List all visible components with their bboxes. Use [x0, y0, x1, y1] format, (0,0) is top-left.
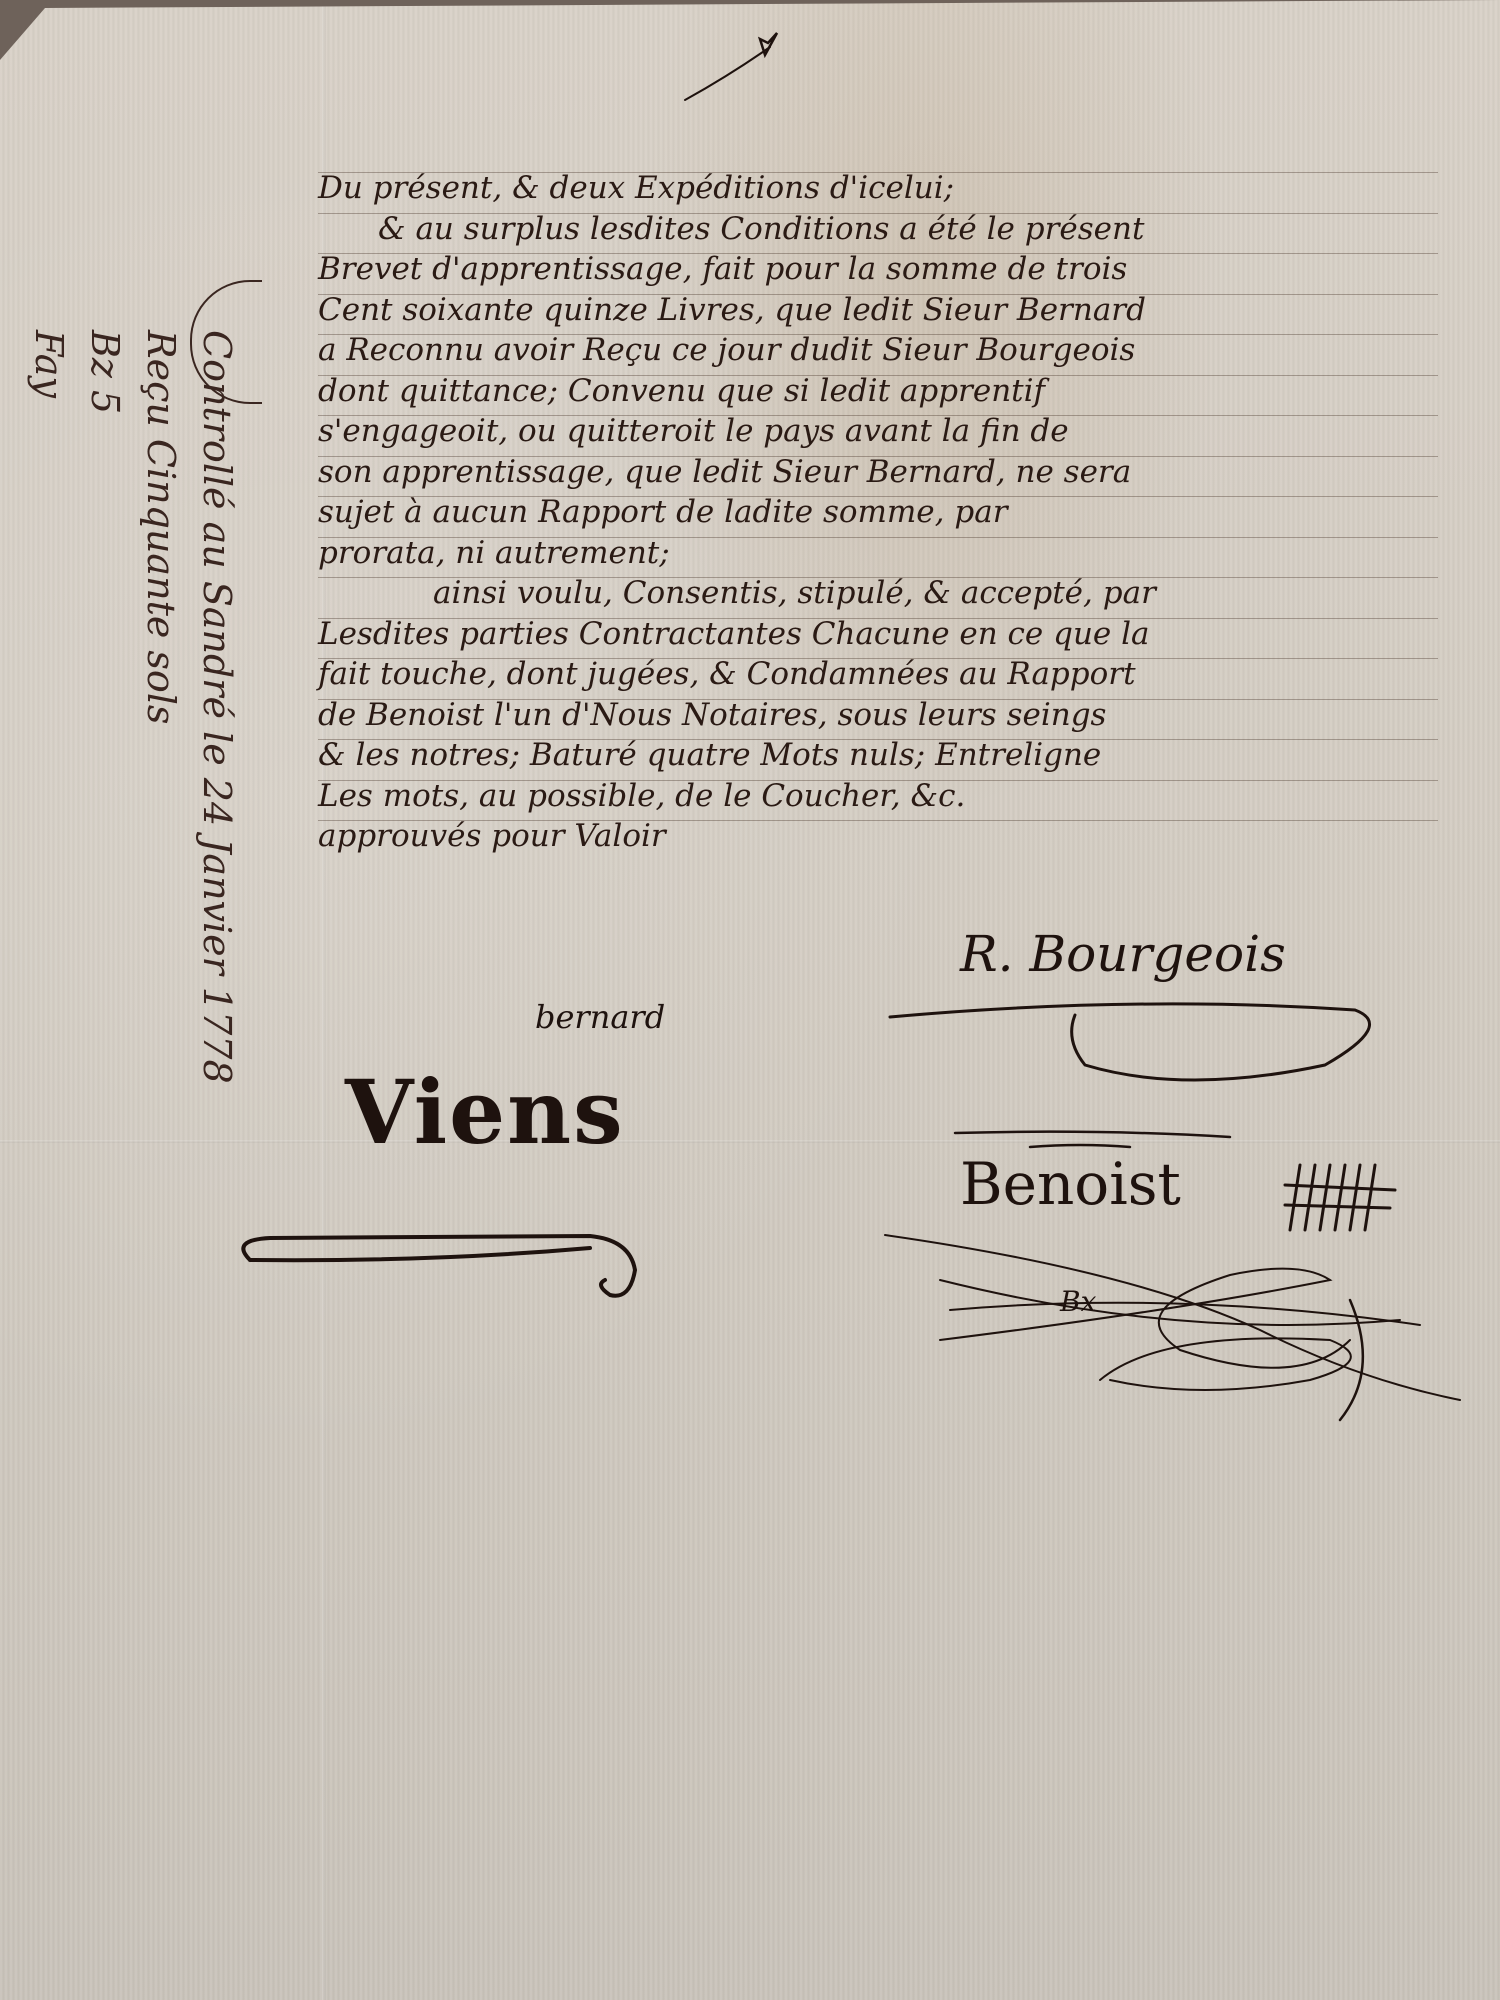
body-line: Les mots, au possible, de le Coucher, &c…	[318, 776, 1468, 817]
body-line: & les notres; Baturé quatre Mots nuls; E…	[318, 735, 1468, 776]
margin-registration-note: Controllé au Sandré le 24 Janvier 1778 R…	[21, 330, 245, 1084]
body-line: & au surplus lesdites Conditions a été l…	[318, 209, 1468, 250]
margin-note-line: Reçu Cinquante sols	[133, 330, 189, 1084]
body-line: Du présent, & deux Expéditions d'icelui;	[318, 168, 1468, 209]
margin-note-initial: Fay	[21, 330, 77, 1084]
body-line: de Benoist l'un d'Nous Notaires, sous le…	[318, 695, 1468, 736]
signature-bernard: bernard	[535, 998, 665, 1036]
signature-viens: Viens	[345, 1060, 625, 1164]
signature-benoist: Benoist	[960, 1150, 1181, 1218]
body-line: s'engageoit, ou quitteroit le pays avant…	[318, 411, 1468, 452]
body-line: Cent soixante quinze Livres, que ledit S…	[318, 290, 1468, 331]
signature-benoist-paraph	[880, 1230, 1480, 1430]
body-line: Lesdites parties Contractantes Chacune e…	[318, 614, 1468, 655]
body-line: a Reconnu avoir Reçu ce jour dudit Sieur…	[318, 330, 1468, 371]
body-line: prorata, ni autrement;	[318, 533, 1468, 574]
body-line: sujet à aucun Rapport de ladite somme, p…	[318, 492, 1468, 533]
margin-note-line: Controllé au Sandré le 24 Janvier 1778	[189, 330, 245, 1084]
top-arrow-flourish-icon	[680, 25, 800, 105]
body-line: Brevet d'apprentissage, fait pour la som…	[318, 249, 1468, 290]
paper-fold-horizontal	[0, 1140, 1500, 1143]
body-line: son apprentissage, que ledit Sieur Berna…	[318, 452, 1468, 493]
signature-benoist-crossout	[1280, 1160, 1400, 1240]
body-line: approuvés pour Valoir	[318, 816, 1468, 857]
signature-bourgeois: R. Bourgeois	[960, 925, 1286, 983]
document-page: Controllé au Sandré le 24 Janvier 1778 R…	[0, 0, 1500, 2000]
body-line: dont quittance; Convenu que si ledit app…	[318, 371, 1468, 412]
margin-note-line: Bz 5	[77, 330, 133, 1084]
body-line: ainsi voulu, Consentis, stipulé, & accep…	[318, 573, 1468, 614]
signature-bourgeois-flourish	[885, 985, 1395, 1085]
body-line: fait touche, dont jugées, & Condamnées a…	[318, 654, 1468, 695]
contract-body: Du présent, & deux Expéditions d'icelui;…	[318, 168, 1468, 857]
signature-viens-flourish	[230, 1230, 650, 1320]
